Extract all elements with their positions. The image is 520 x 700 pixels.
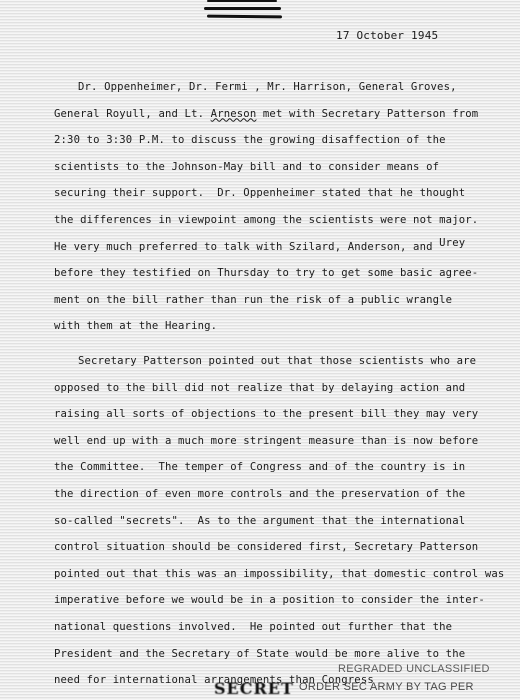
memo-line: ment on the bill rather than run the ris…	[54, 293, 452, 307]
memo-line: Secretary Patterson pointed out that tho…	[78, 354, 476, 368]
inserted-word: Urey	[439, 237, 465, 249]
memo-line: the differences in viewpoint among the s…	[54, 213, 478, 227]
header-rule-mark	[207, 0, 277, 2]
header-rule-mark	[207, 15, 282, 19]
memo-line: with them at the Hearing.	[54, 319, 217, 333]
handwritten-underline-name: Arneson	[211, 108, 257, 120]
memo-line: the Committee. The temper of Congress an…	[54, 460, 465, 474]
memo-line: control situation should be considered f…	[54, 540, 478, 554]
memo-line: raising all sorts of objections to the p…	[54, 407, 478, 421]
memo-line: the direction of even more controls and …	[54, 487, 465, 501]
document-page: 17 October 1945 Dr. Oppenheimer, Dr. Fer…	[0, 0, 520, 700]
memo-line: He very much preferred to talk with Szil…	[54, 240, 465, 254]
memo-line: before they testified on Thursday to try…	[54, 266, 478, 280]
memo-line: national questions involved. He pointed …	[54, 620, 452, 634]
memo-line: securing their support. Dr. Oppenheimer …	[54, 186, 465, 200]
memo-line: President and the Secretary of State wou…	[54, 647, 465, 661]
memo-line: opposed to the bill did not realize that…	[54, 381, 465, 395]
document-date: 17 October 1945	[336, 29, 438, 42]
memo-line: pointed out that this was an impossibili…	[54, 567, 504, 581]
memo-line: imperative before we would be in a posit…	[54, 593, 485, 607]
memo-line: scientists to the Johnson-May bill and t…	[54, 160, 439, 174]
memo-line: so-called "secrets". As to the argument …	[54, 514, 465, 528]
secret-stamp: SECRET	[214, 679, 294, 698]
memo-line: well end up with a much more stringent m…	[54, 434, 478, 448]
memo-line: General Royull, and Lt. Arneson met with…	[54, 107, 478, 121]
memo-line: 2:30 to 3:30 P.M. to discuss the growing…	[54, 133, 446, 147]
regraded-stamp-line2: ORDER SEC ARMY BY TAG PER	[299, 681, 474, 693]
header-rule-mark	[204, 7, 281, 10]
memo-line: Dr. Oppenheimer, Dr. Fermi , Mr. Harriso…	[78, 80, 457, 94]
regraded-stamp-line1: REGRADED UNCLASSIFIED	[338, 663, 490, 675]
